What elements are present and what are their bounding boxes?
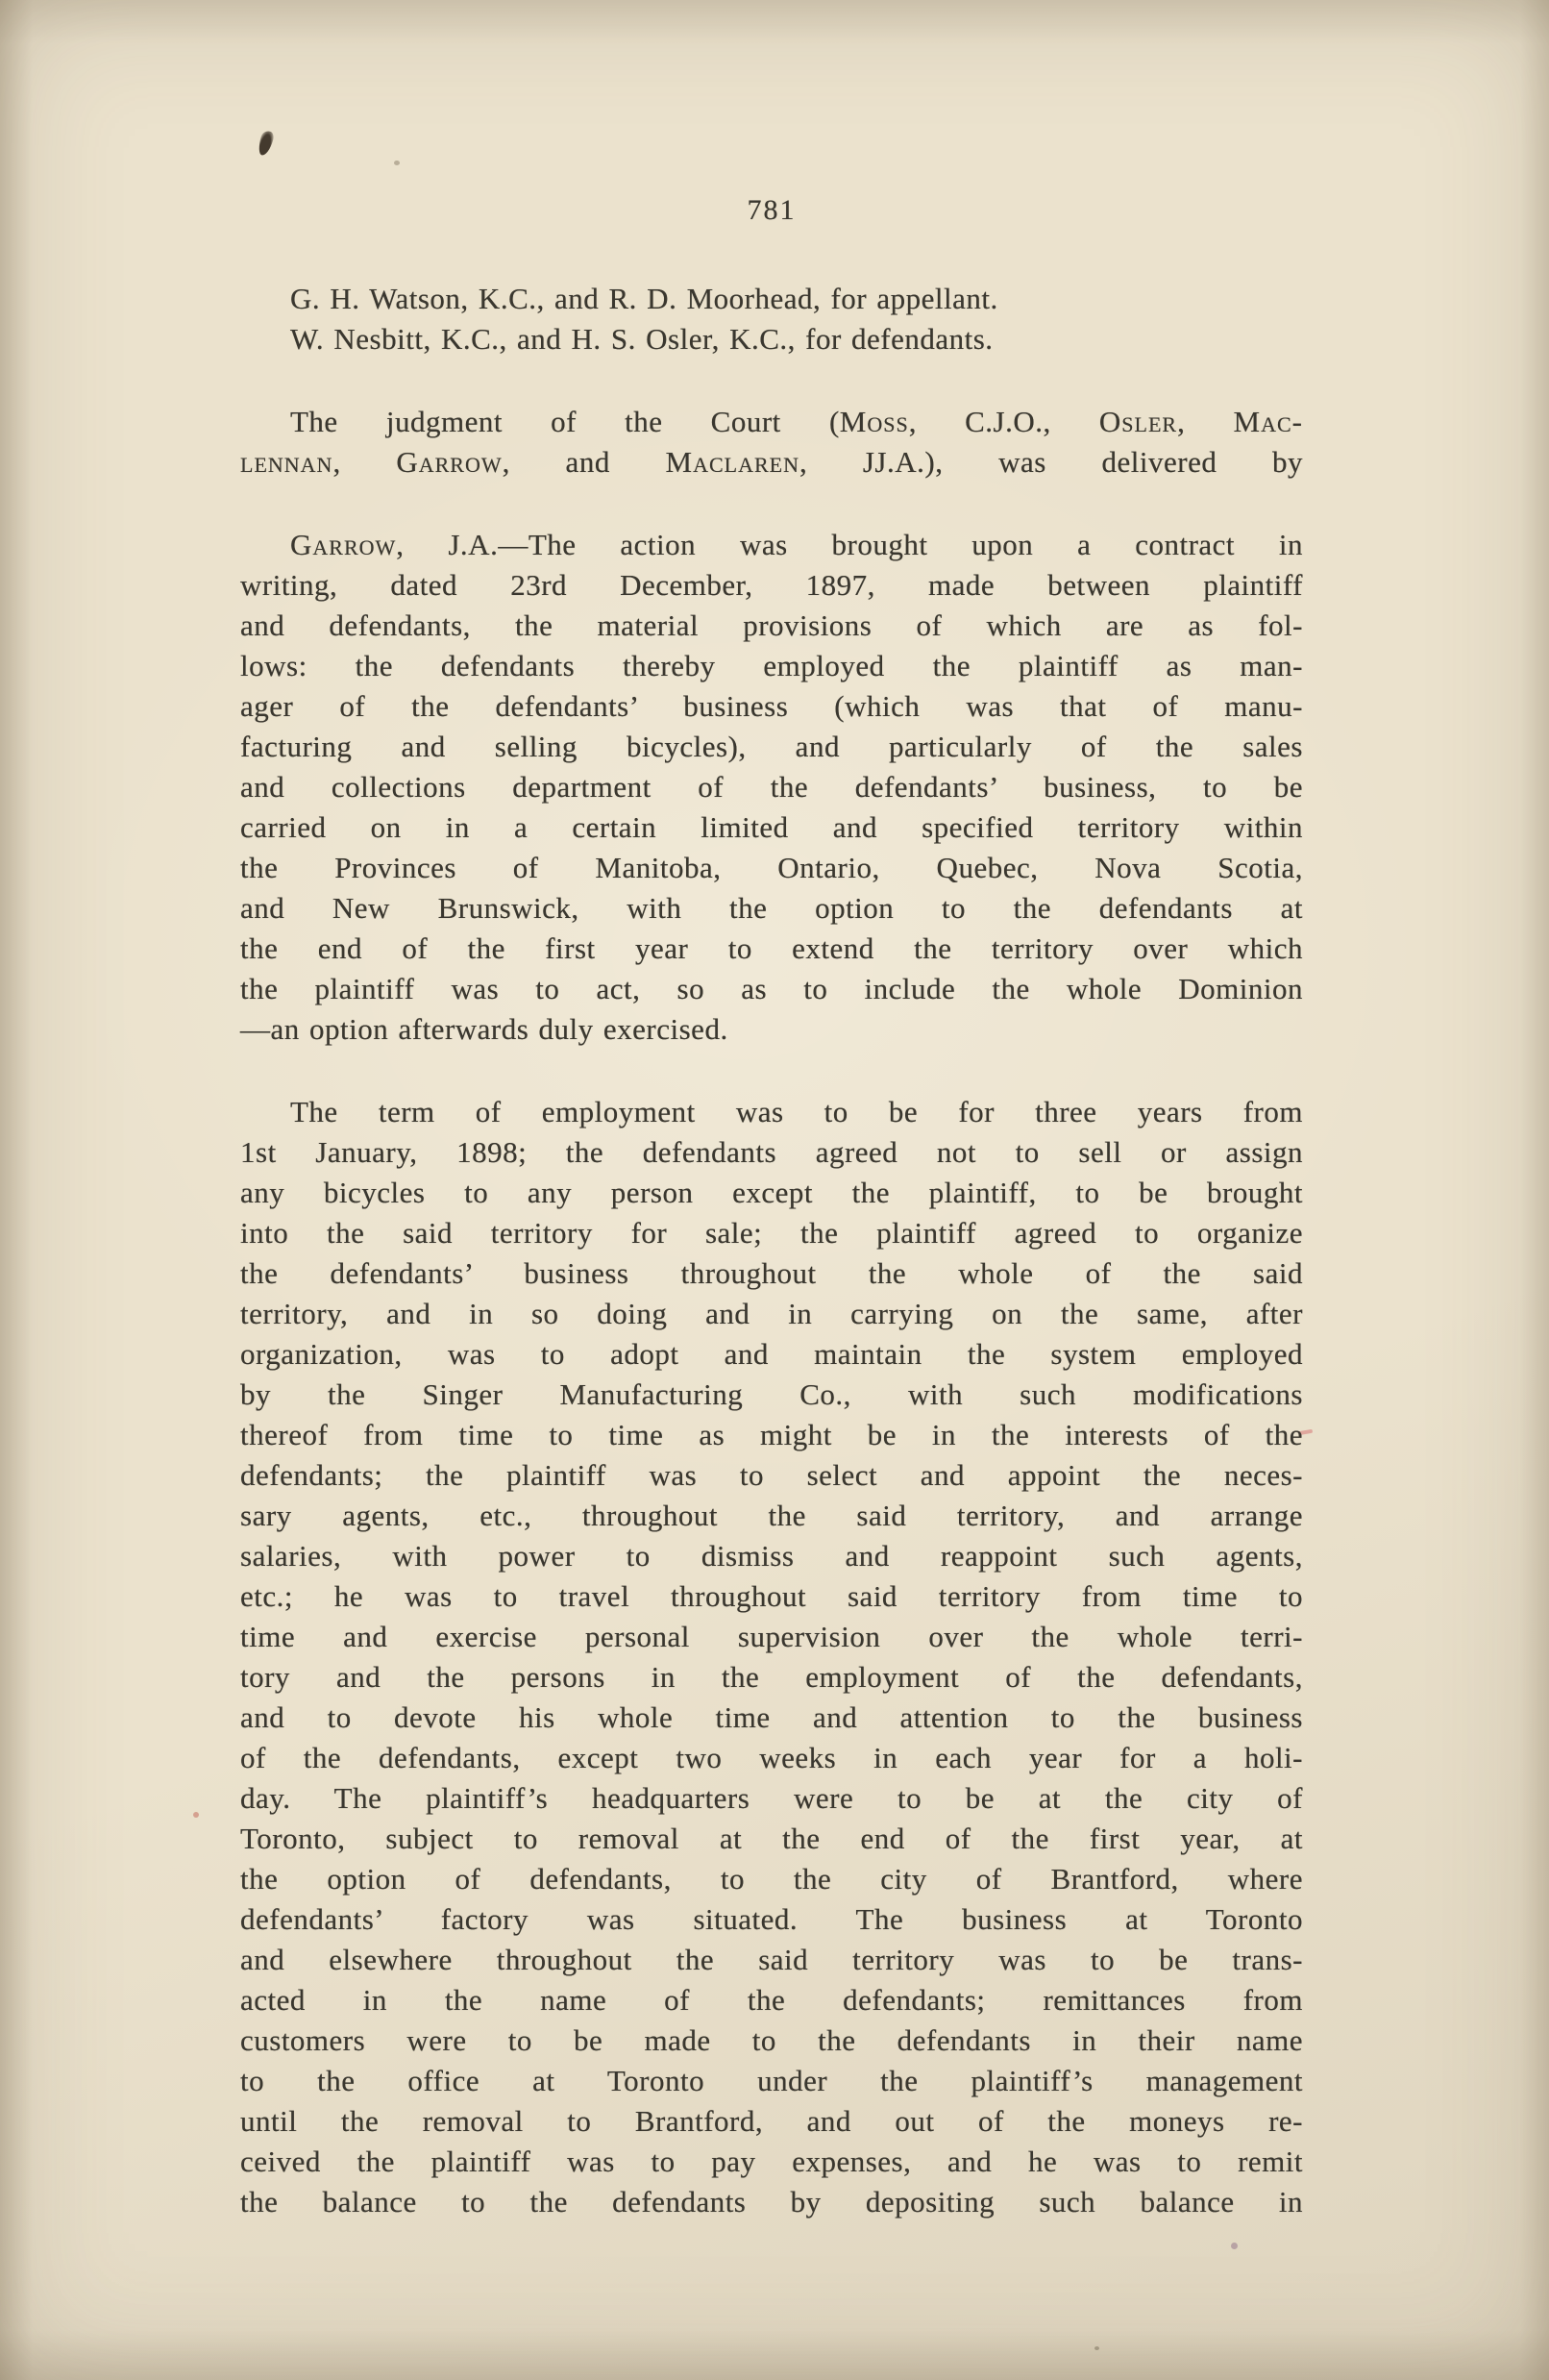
text-line: writing, dated 23rd December, 1897, made… bbox=[240, 565, 1303, 606]
text-segment: by the Singer Manufacturing Co., with su… bbox=[240, 1377, 1303, 1411]
text-segment: Toronto, subject to removal at the end o… bbox=[240, 1822, 1303, 1855]
scanned-page: 781 G. H. Watson, K.C., and R. D. Moorhe… bbox=[0, 0, 1549, 2380]
text-line: and to devote his whole time and attenti… bbox=[240, 1698, 1303, 1738]
text-line: day. The plaintiff’s headquarters were t… bbox=[240, 1778, 1303, 1819]
text-segment: territory, and in so doing and in carryi… bbox=[240, 1297, 1303, 1330]
text-line: customers were to be made to the defenda… bbox=[240, 2021, 1303, 2061]
text-segment: and collections department of the defend… bbox=[240, 770, 1303, 804]
text-line: etc.; he was to travel throughout said t… bbox=[240, 1576, 1303, 1617]
text-segment: the end of the first year to extend the … bbox=[240, 931, 1303, 965]
text-line: 1st January, 1898; the defendants agreed… bbox=[240, 1132, 1303, 1173]
text-segment: lows: the defendants thereby employed th… bbox=[240, 649, 1303, 682]
small-caps-name: Maclaren bbox=[666, 445, 799, 479]
garrow-opening: Garrow, J.A.—The action was brought upon… bbox=[240, 525, 1303, 1050]
text-segment: tory and the persons in the employment o… bbox=[240, 1660, 1303, 1694]
paper-speck bbox=[1094, 2346, 1099, 2350]
text-segment: the defendants’ business throughout the … bbox=[240, 1256, 1303, 1290]
text-segment: into the said territory for sale; the pl… bbox=[240, 1216, 1303, 1250]
text-line: the plaintiff was to act, so as to inclu… bbox=[240, 969, 1303, 1009]
text-line: ager of the defendants’ business (which … bbox=[240, 686, 1303, 727]
text-segment: and to devote his whole time and attenti… bbox=[240, 1700, 1303, 1734]
text-segment: time and exercise personal supervision o… bbox=[240, 1620, 1303, 1653]
text-line: lennan, Garrow, and Maclaren, JJ.A.), wa… bbox=[240, 442, 1303, 483]
text-segment: day. The plaintiff’s headquarters were t… bbox=[240, 1781, 1303, 1815]
text-line: tory and the persons in the employment o… bbox=[240, 1657, 1303, 1698]
text-line: thereof from time to time as might be in… bbox=[240, 1415, 1303, 1455]
text-line: W. Nesbitt, K.C., and H. S. Osler, K.C.,… bbox=[240, 319, 1303, 359]
text-segment: , J.A.—The action was brought upon a con… bbox=[396, 528, 1303, 561]
text-segment: defendants’ factory was situated. The bu… bbox=[240, 1902, 1303, 1936]
text-segment: , C.J.O., bbox=[909, 405, 1099, 438]
text-segment: and New Brunswick, with the option to th… bbox=[240, 891, 1303, 925]
text-segment: and elsewhere throughout the said territ… bbox=[240, 1943, 1303, 1976]
text-line: defendants’ factory was situated. The bu… bbox=[240, 1899, 1303, 1940]
judgment-intro: The judgment of the Court (Moss, C.J.O.,… bbox=[240, 402, 1303, 483]
text-segment: 1st January, 1898; the defendants agreed… bbox=[240, 1135, 1303, 1169]
text-line: salaries, with power to dismiss and reap… bbox=[240, 1536, 1303, 1576]
text-line: the defendants’ business throughout the … bbox=[240, 1253, 1303, 1294]
text-line: acted in the name of the defendants; rem… bbox=[240, 1980, 1303, 2021]
text-line: ceived the plaintiff was to pay expenses… bbox=[240, 2142, 1303, 2182]
text-line: the option of defendants, to the city of… bbox=[240, 1859, 1303, 1899]
text-line: the Provinces of Manitoba, Ontario, Queb… bbox=[240, 848, 1303, 888]
text-line: by the Singer Manufacturing Co., with su… bbox=[240, 1375, 1303, 1415]
text-line: the end of the first year to extend the … bbox=[240, 929, 1303, 969]
text-line: any bicycles to any person except the pl… bbox=[240, 1173, 1303, 1213]
text-segment: carried on in a certain limited and spec… bbox=[240, 810, 1303, 844]
text-line: into the said territory for sale; the pl… bbox=[240, 1213, 1303, 1253]
text-line: and defendants, the material provisions … bbox=[240, 606, 1303, 646]
text-segment: defendants; the plaintiff was to select … bbox=[240, 1458, 1303, 1492]
small-caps-name: Mac- bbox=[1234, 405, 1303, 438]
text-segment: writing, dated 23rd December, 1897, made… bbox=[240, 568, 1303, 602]
text-line: to the office at Toronto under the plain… bbox=[240, 2061, 1303, 2101]
text-segment: ceived the plaintiff was to pay expenses… bbox=[240, 2144, 1303, 2178]
text-block: 781 G. H. Watson, K.C., and R. D. Moorhe… bbox=[240, 190, 1303, 2222]
text-line: carried on in a certain limited and spec… bbox=[240, 807, 1303, 848]
text-segment: any bicycles to any person except the pl… bbox=[240, 1176, 1303, 1209]
purple-speck bbox=[1231, 2243, 1238, 2249]
small-caps-name: Garrow bbox=[290, 528, 396, 561]
text-line: and elsewhere throughout the said territ… bbox=[240, 1940, 1303, 1980]
text-segment: the balance to the defendants by deposit… bbox=[240, 2185, 1303, 2219]
employment-terms: The term of employment was to be for thr… bbox=[240, 1092, 1303, 2222]
text-segment: the option of defendants, to the city of… bbox=[240, 1862, 1303, 1896]
text-segment: The term of employment was to be for thr… bbox=[290, 1095, 1303, 1128]
text-line: until the removal to Brantford, and out … bbox=[240, 2101, 1303, 2142]
red-speck bbox=[193, 1812, 199, 1818]
text-line: The term of employment was to be for thr… bbox=[240, 1092, 1303, 1132]
text-line: territory, and in so doing and in carryi… bbox=[240, 1294, 1303, 1334]
page-number: 781 bbox=[240, 190, 1303, 231]
text-line: defendants; the plaintiff was to select … bbox=[240, 1455, 1303, 1496]
text-line: —an option afterwards duly exercised. bbox=[240, 1009, 1303, 1050]
text-segment: , bbox=[332, 445, 396, 479]
text-segment: the plaintiff was to act, so as to inclu… bbox=[240, 972, 1303, 1005]
text-segment: salaries, with power to dismiss and reap… bbox=[240, 1539, 1303, 1573]
text-line: and collections department of the defend… bbox=[240, 767, 1303, 807]
text-segment: ager of the defendants’ business (which … bbox=[240, 689, 1303, 723]
text-segment: , and bbox=[503, 445, 666, 479]
text-line: facturing and selling bicycles), and par… bbox=[240, 727, 1303, 767]
text-line: and New Brunswick, with the option to th… bbox=[240, 888, 1303, 929]
text-line: time and exercise personal supervision o… bbox=[240, 1617, 1303, 1657]
text-segment: to the office at Toronto under the plain… bbox=[240, 2064, 1303, 2097]
text-segment: thereof from time to time as might be in… bbox=[240, 1418, 1303, 1451]
text-segment: etc.; he was to travel throughout said t… bbox=[240, 1579, 1303, 1613]
text-segment: of the defendants, except two weeks in e… bbox=[240, 1741, 1303, 1774]
text-segment: W. Nesbitt, K.C., and H. S. Osler, K.C.,… bbox=[290, 322, 994, 356]
text-segment: until the removal to Brantford, and out … bbox=[240, 2104, 1303, 2138]
small-caps-name: Osler bbox=[1099, 405, 1177, 438]
text-line: organization, was to adopt and maintain … bbox=[240, 1334, 1303, 1375]
small-caps-name: lennan bbox=[240, 445, 332, 479]
text-line: lows: the defendants thereby employed th… bbox=[240, 646, 1303, 686]
text-segment: G. H. Watson, K.C., and R. D. Moorhead, … bbox=[290, 282, 998, 315]
small-caps-name: Moss bbox=[840, 405, 909, 438]
text-segment: customers were to be made to the defenda… bbox=[240, 2023, 1303, 2057]
text-line: G. H. Watson, K.C., and R. D. Moorhead, … bbox=[240, 279, 1303, 319]
text-line: Garrow, J.A.—The action was brought upon… bbox=[240, 525, 1303, 565]
text-segment: , JJ.A.), was delivered by bbox=[799, 445, 1303, 479]
text-line: sary agents, etc., throughout the said t… bbox=[240, 1496, 1303, 1536]
text-segment: The judgment of the Court ( bbox=[290, 405, 840, 438]
text-line: The judgment of the Court (Moss, C.J.O.,… bbox=[240, 402, 1303, 442]
small-caps-name: Garrow bbox=[396, 445, 502, 479]
text-segment: facturing and selling bicycles), and par… bbox=[240, 730, 1303, 763]
text-segment: organization, was to adopt and maintain … bbox=[240, 1337, 1303, 1371]
paper-speck bbox=[394, 161, 400, 165]
body-paragraphs: G. H. Watson, K.C., and R. D. Moorhead, … bbox=[240, 279, 1303, 2222]
text-segment: and defendants, the material provisions … bbox=[240, 608, 1303, 642]
text-segment: the Provinces of Manitoba, Ontario, Queb… bbox=[240, 851, 1303, 884]
counsel: G. H. Watson, K.C., and R. D. Moorhead, … bbox=[240, 279, 1303, 359]
text-line: of the defendants, except two weeks in e… bbox=[240, 1738, 1303, 1778]
text-segment: sary agents, etc., throughout the said t… bbox=[240, 1499, 1303, 1532]
text-segment: —an option afterwards duly exercised. bbox=[240, 1012, 728, 1046]
text-line: the balance to the defendants by deposit… bbox=[240, 2182, 1303, 2222]
ink-blot bbox=[257, 130, 276, 158]
text-segment: acted in the name of the defendants; rem… bbox=[240, 1983, 1303, 2017]
text-segment: , bbox=[1177, 405, 1233, 438]
text-line: Toronto, subject to removal at the end o… bbox=[240, 1819, 1303, 1859]
